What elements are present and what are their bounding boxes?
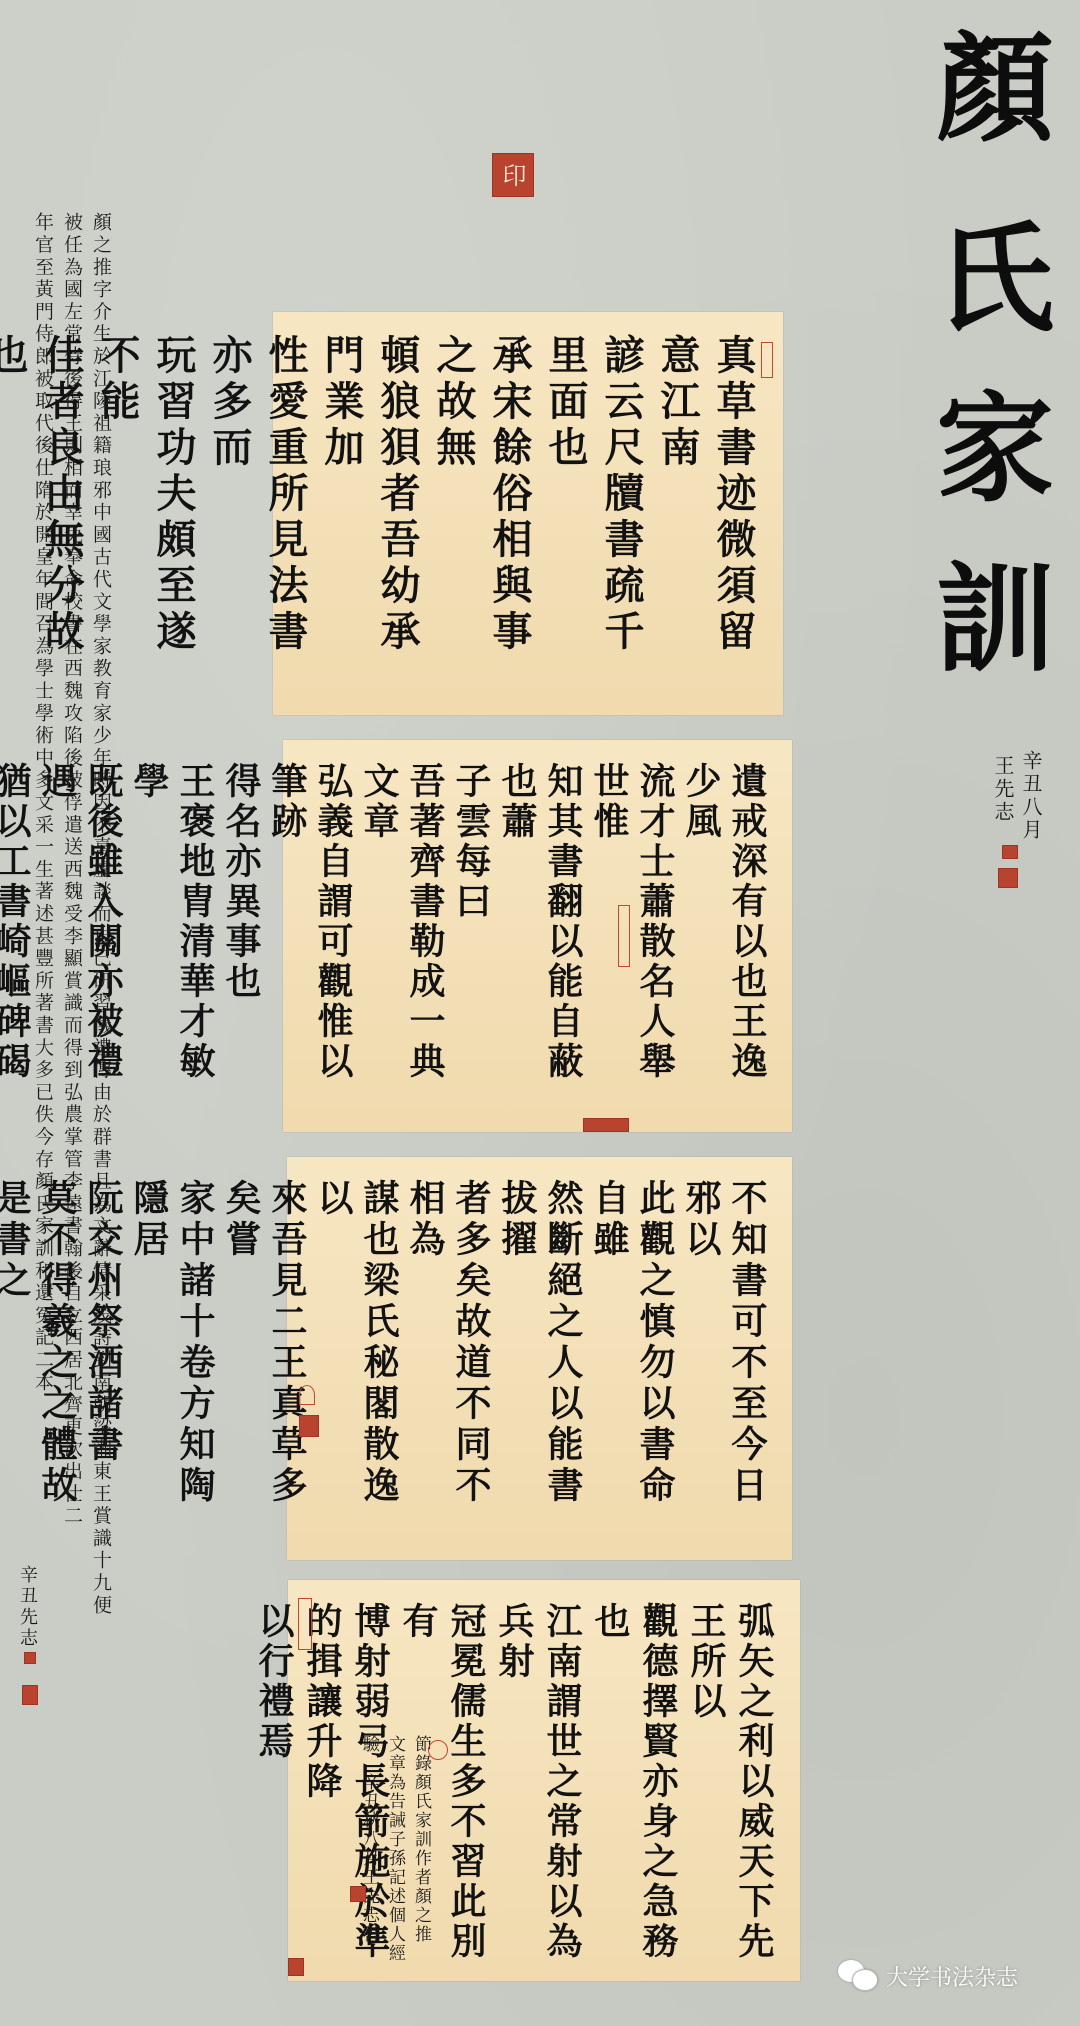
colophon: 節錄顏氏家訓作者顏之推 文章為告誡子孫記述個人經 驗 辛丑秋八月王先志書	[356, 1735, 434, 1965]
text-column: 子雲每曰	[448, 762, 494, 1116]
text-column: 家中諸十卷方知陶隱居	[126, 1179, 218, 1544]
text-column: 江南謂世之常射以為兵射	[490, 1602, 586, 1965]
text-column: 此觀之慎勿以書命自雖	[586, 1179, 678, 1544]
panel-seal	[618, 905, 630, 967]
panel-seal	[428, 1740, 448, 1760]
side-inscription-column: 顏之推字介生於江陵祖籍琅邪中國古代文學家教育家少年時因不喜虛談而自己研習儀禮傳由…	[86, 212, 115, 1617]
top-seal: 印	[492, 153, 534, 197]
text-column: 者多矣故道不同不相為	[402, 1179, 494, 1544]
side-signature: 辛丑先志	[14, 1565, 40, 1649]
text-column: 然斷絕之人以能書拔擢	[494, 1179, 586, 1544]
panel-seal	[761, 342, 773, 378]
title-char: 氏	[920, 220, 1070, 338]
panel-seal	[299, 1415, 319, 1437]
side-inscription-column: 年官至黃門侍郎被取代後仕隋於開皇年間召為學士學術中多文采一生著述甚豐所著書大多已…	[28, 212, 57, 1617]
panel-seal	[583, 1118, 629, 1132]
text-column: 弘義自謂可觀惟以筆跡	[264, 762, 356, 1116]
calligraphy-panel-2: 遺戒深有以也王逸少風 流才士蕭散名人舉世惟 知其書翻以能自蔽也蕭 子雲每曰 吾著…	[283, 740, 792, 1132]
text-column: 王褒地胄清華才敏學	[126, 762, 218, 1116]
panel-seal	[288, 1958, 304, 1976]
calligraphy-panel-1: 真草書迹微須留意江南 諺云尺牘書疏千里面也 承宋餘俗相與事之故無 頓狼狽者吾幼承…	[273, 312, 783, 715]
side-inscription: 顏之推字介生於江陵祖籍琅邪中國古代文學家教育家少年時因不喜虛談而自己研習儀禮傳由…	[28, 212, 115, 1617]
text-column: 弧矢之利以威天下先王所以	[682, 1602, 778, 1965]
text-column: 吾著齊書勒成一典文章	[356, 762, 448, 1116]
title-char: 訓	[920, 560, 1070, 678]
text-column: 諺云尺牘書疏千里面也	[537, 334, 649, 699]
text-column: 來吾見二王真草多矣嘗	[218, 1179, 310, 1544]
text-column: 流才士蕭散名人舉世惟	[586, 762, 678, 1116]
text-column: 承宋餘俗相與事之故無	[425, 334, 537, 699]
text-column: 以行禮焉	[250, 1602, 298, 1965]
text-column: 得名亦異事也	[218, 762, 264, 1116]
text-column: 謀也梁氏秘閣散逸以	[310, 1179, 402, 1544]
text-column: 觀德擇賢亦身之急務也	[586, 1602, 682, 1965]
text-column: 不知書可不至今日邪以	[678, 1179, 770, 1544]
text-column: 遺戒深有以也王逸少風	[678, 762, 770, 1116]
signature-seal	[1002, 845, 1018, 859]
title-char: 顏	[920, 30, 1070, 148]
calligraphy-panel-3: 不知書可不至今日邪以 此觀之慎勿以書命自雖 然斷絕之人以能書拔擢 者多矣故道不同…	[287, 1157, 792, 1560]
watermark: 大学书法杂志	[838, 1960, 1018, 1992]
panel-seal	[298, 1598, 312, 1650]
side-inscription-column: 被任為國左常侍後得王則相而幸免奉命校書在西魏攻陷後被俘遣送西魏受李顯賞識而得到弘…	[57, 212, 86, 1617]
panel-text: 弧矢之利以威天下先王所以 觀德擇賢亦身之急務也 江南謂世之常射以為兵射 冠冕儒生…	[478, 1602, 778, 1965]
text-column: 知其書翻以能自蔽也蕭	[494, 762, 586, 1116]
colophon-line: 文章為告誡子孫記述個人經	[382, 1735, 408, 1965]
right-inscription-date: 辛丑八月	[1018, 750, 1044, 842]
side-seal	[22, 1685, 38, 1705]
panel-text: 遺戒深有以也王逸少風 流才士蕭散名人舉世惟 知其書翻以能自蔽也蕭 子雲每曰 吾著…	[301, 762, 770, 1116]
text-column: 真草書迹微須留意江南	[649, 334, 761, 699]
panel-seal	[299, 1385, 315, 1405]
side-seal	[24, 1652, 36, 1664]
colophon-line: 節錄顏氏家訓作者顏之推	[408, 1735, 434, 1965]
text-column: 性愛重所見法書亦多而	[201, 334, 313, 699]
text-column: 頓狼狽者吾幼承門業加	[313, 334, 425, 699]
panel-text: 真草書迹微須留意江南 諺云尺牘書疏千里面也 承宋餘俗相與事之故無 頓狼狽者吾幼承…	[291, 334, 761, 699]
colophon-line: 驗 辛丑秋八月王先志書	[356, 1735, 382, 1965]
title-char: 家	[920, 390, 1070, 508]
watermark-text: 大学书法杂志	[886, 1961, 1018, 1992]
signature-seal	[998, 868, 1018, 888]
artwork-title: 顏 氏 家 訓	[920, 20, 1080, 680]
panel-seal	[350, 1886, 366, 1902]
wechat-icon	[838, 1960, 878, 1992]
panel-text: 不知書可不至今日邪以 此觀之慎勿以書命自雖 然斷絕之人以能書拔擢 者多矣故道不同…	[305, 1179, 770, 1544]
calligraphy-panel-4: 弧矢之利以威天下先王所以 觀德擇賢亦身之急務也 江南謂世之常射以為兵射 冠冕儒生…	[288, 1580, 800, 1981]
right-inscription-name: 王先志	[990, 755, 1016, 824]
